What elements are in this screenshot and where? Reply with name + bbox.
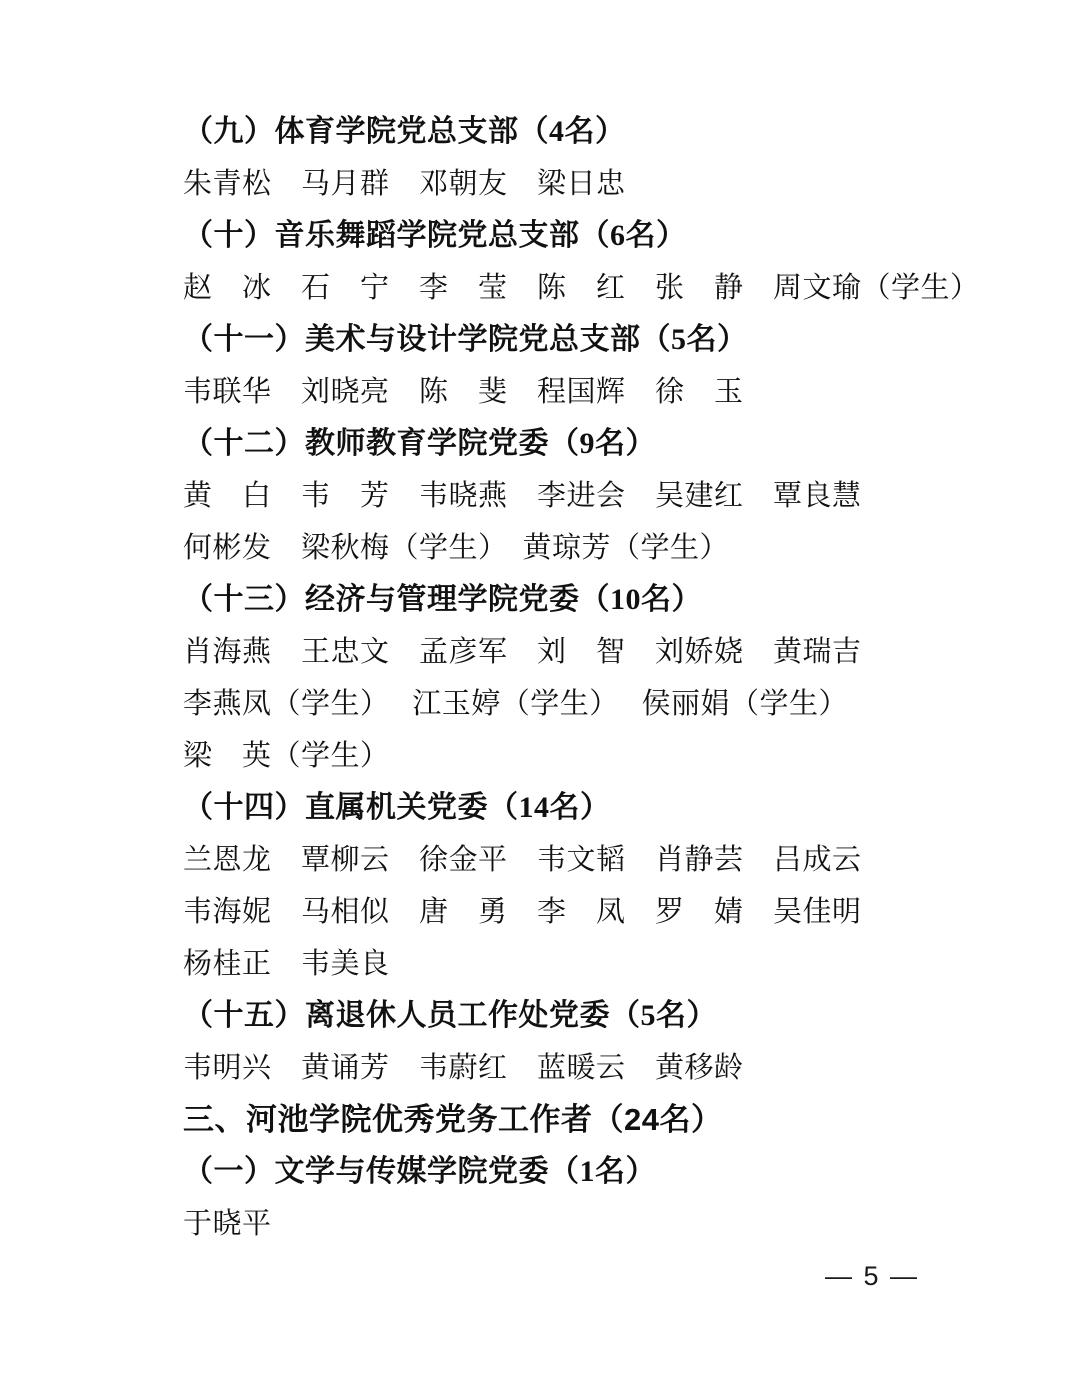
subsection-heading: （一）文学与传媒学院党委（1名） (183, 1146, 979, 1198)
name-list-line: 杨桂正 韦美良 (183, 938, 979, 990)
subsection-heading: （十五）离退休人员工作处党委（5名） (183, 990, 979, 1042)
name-list-line: 何彬发 梁秋梅（学生） 黄琼芳（学生） (183, 522, 979, 574)
section-heading: 三、河池学院优秀党务工作者（24名） (183, 1094, 979, 1146)
subsection-heading: （十二）教师教育学院党委（9名） (183, 418, 979, 470)
name-list-line: 黄 白 韦 芳 韦晓燕 李进会 吴建红 覃良慧 (183, 470, 979, 522)
page-number: — 5 — (825, 1250, 919, 1302)
subsection-heading: （十四）直属机关党委（14名） (183, 782, 979, 834)
name-list-line: 朱青松 马月群 邓朝友 梁日忠 (183, 158, 979, 210)
name-list-line: 赵 冰 石 宁 李 莹 陈 红 张 静 周文瑜（学生） (183, 262, 979, 314)
subsection-heading: （十三）经济与管理学院党委（10名） (183, 574, 979, 626)
name-list-line: 韦海妮 马相似 唐 勇 李 凤 罗 婧 吴佳明 (183, 886, 979, 938)
name-list-line: 肖海燕 王忠文 孟彦军 刘 智 刘娇娆 黄瑞吉 (183, 626, 979, 678)
document-page: （九）体育学院党总支部（4名）朱青松 马月群 邓朝友 梁日忠（十）音乐舞蹈学院党… (0, 0, 1079, 1383)
name-list-line: 李燕凤（学生） 江玉婷（学生） 侯丽娟（学生） (183, 678, 979, 730)
name-list-line: 韦联华 刘晓亮 陈 斐 程国辉 徐 玉 (183, 366, 979, 418)
subsection-heading: （十一）美术与设计学院党总支部（5名） (183, 314, 979, 366)
name-list-line: 于晓平 (183, 1198, 979, 1250)
name-list-line: 韦明兴 黄诵芳 韦蔚红 蓝暖云 黄移龄 (183, 1042, 979, 1094)
name-list-line: 梁 英（学生） (183, 730, 979, 782)
document-body: （九）体育学院党总支部（4名）朱青松 马月群 邓朝友 梁日忠（十）音乐舞蹈学院党… (183, 106, 979, 1250)
subsection-heading: （九）体育学院党总支部（4名） (183, 106, 979, 158)
name-list-line: 兰恩龙 覃柳云 徐金平 韦文韬 肖静芸 吕成云 (183, 834, 979, 886)
subsection-heading: （十）音乐舞蹈学院党总支部（6名） (183, 210, 979, 262)
